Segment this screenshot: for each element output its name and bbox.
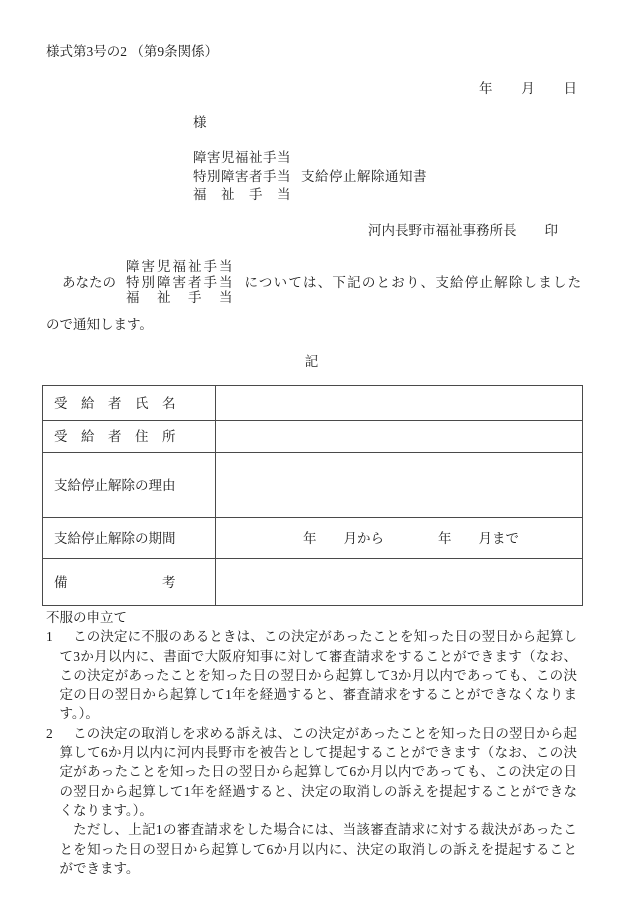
recipient-table: 受 給 者 氏 名 受 給 者 住 所 支給停止解除の理由 支給停止解除の期間 … <box>42 385 583 606</box>
appeal-section: 不服の申立て 1この決定に不服のあるときは、この決定があったことを知った日の翌日… <box>46 608 577 878</box>
table-row-release-reason: 支給停止解除の理由 <box>43 453 583 518</box>
title-allowance-2: 特別障害者手当 <box>193 169 291 184</box>
table-row-release-period: 支給停止解除の期間 年 月から 年 月まで <box>43 518 583 559</box>
remarks-value <box>216 559 583 606</box>
appeal-item-2-text: この決定の取消しを求める訴えは、この決定があったことを知った日の翌日から起算して… <box>60 726 578 818</box>
seal-mark: 印 <box>545 223 559 238</box>
body-suffix: については、下記のとおり、支給停止解除しました <box>245 273 583 292</box>
table-row-recipient-name: 受 給 者 氏 名 <box>43 386 583 421</box>
year-label: 年 <box>479 79 493 98</box>
appeal-item-1: 1この決定に不服のあるときは、この決定があったことを知った日の翌日から起算して3… <box>46 627 577 723</box>
appeal-heading: 不服の申立て <box>46 608 577 627</box>
form-number-label: 様式第3号の2 （第9条関係） <box>46 42 218 61</box>
recipient-name-value <box>216 386 583 421</box>
body-prefix: あなたの <box>62 273 116 292</box>
appeal-item-2-note: ただし、上記1の審査請求をした場合には、当該審査請求に対する裁決があったことを知… <box>46 820 577 878</box>
day-label: 日 <box>564 79 578 98</box>
body-allowance-stack: 障害児福祉手当 特別障害者手当 福 祉 手 当 <box>126 259 235 306</box>
body-continuation: ので通知します。 <box>46 315 153 334</box>
title-line-2: 特別障害者手当支給停止解除通知書 <box>193 168 427 187</box>
recipient-address-label: 受 給 者 住 所 <box>43 421 216 453</box>
table-row-recipient-address: 受 給 者 住 所 <box>43 421 583 453</box>
title-allowance-1: 障害児福祉手当 <box>193 149 427 168</box>
appeal-item-2-number: 2 <box>46 724 73 743</box>
notice-document: 様式第3号の2 （第9条関係） 年 月 日 様 障害児福祉手当 特別障害者手当支… <box>0 0 630 903</box>
body-paragraph: あなたの 障害児福祉手当 特別障害者手当 福 祉 手 当 については、下記のとお… <box>62 259 582 306</box>
addressee-honorific: 様 <box>193 113 207 132</box>
month-label: 月 <box>521 79 535 98</box>
table-row-remarks: 備 考 <box>43 559 583 606</box>
body-allowance-2: 特別障害者手当 <box>126 275 235 291</box>
remarks-label: 備 考 <box>43 559 216 606</box>
title-allowance-3: 福 祉 手 当 <box>193 186 427 205</box>
recipient-name-label: 受 給 者 氏 名 <box>43 386 216 421</box>
appeal-item-1-text: この決定に不服のあるときは、この決定があったことを知った日の翌日から起算して3か… <box>60 629 578 721</box>
release-period-label: 支給停止解除の期間 <box>43 518 216 559</box>
document-title: 支給停止解除通知書 <box>301 169 427 184</box>
release-reason-label: 支給停止解除の理由 <box>43 453 216 518</box>
document-title-block: 障害児福祉手当 特別障害者手当支給停止解除通知書 福 祉 手 当 <box>193 149 427 205</box>
release-period-value: 年 月から 年 月まで <box>216 518 583 559</box>
body-allowance-3: 福 祉 手 当 <box>126 290 235 306</box>
recipient-address-value <box>216 421 583 453</box>
issue-date-line: 年 月 日 <box>479 79 577 98</box>
issuer-line: 河内長野市福祉事務所長印 <box>368 221 558 240</box>
appeal-item-2: 2この決定の取消しを求める訴えは、この決定があったことを知った日の翌日から起算し… <box>46 724 577 820</box>
appeal-item-1-number: 1 <box>46 627 73 646</box>
issuer-name: 河内長野市福祉事務所長 <box>368 223 517 238</box>
release-reason-value <box>216 453 583 518</box>
body-allowance-1: 障害児福祉手当 <box>126 259 235 275</box>
record-marker: 記 <box>46 352 577 371</box>
